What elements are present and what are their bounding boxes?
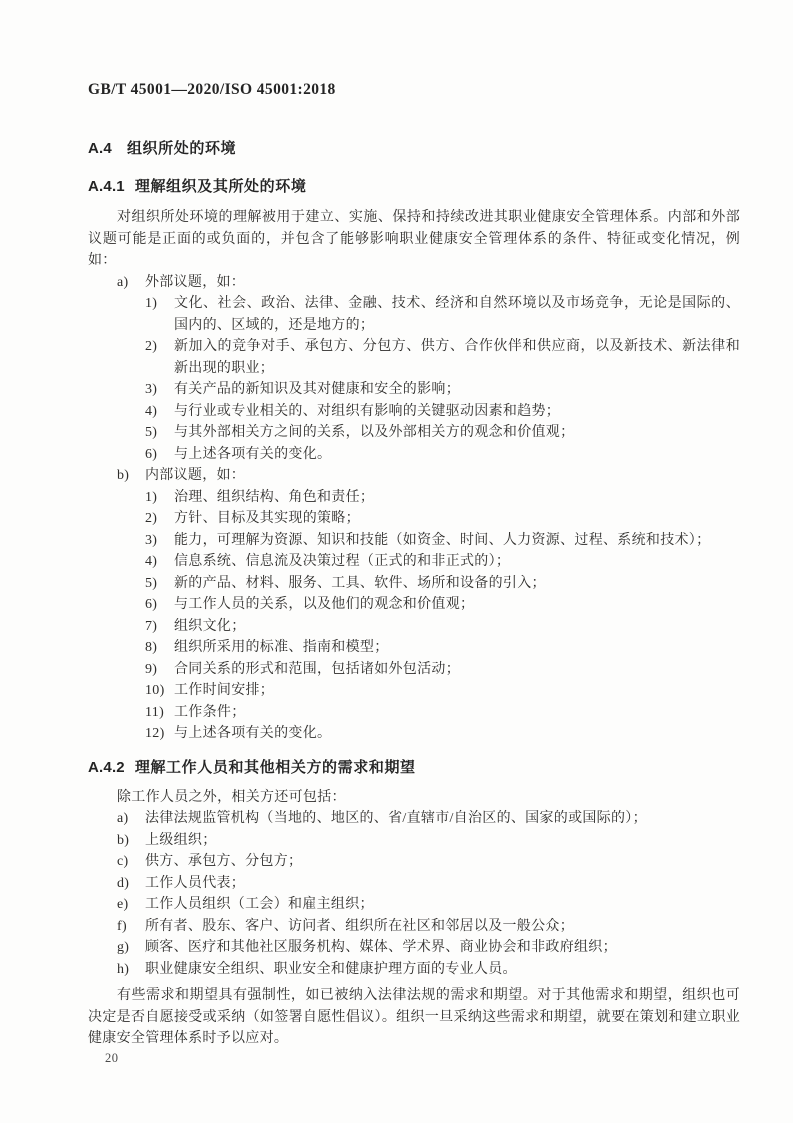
standard-reference-header: GB/T 45001—2020/ISO 45001:2018: [88, 0, 740, 98]
section-a4-title: 组织所处的环境: [127, 140, 236, 157]
list-marker: 4): [145, 551, 174, 573]
section-a41-title: 理解组织及其所处的环境: [135, 178, 307, 195]
list-item: c) 供方、承包方、分包方；: [117, 851, 740, 873]
list-item: b) 上级组织；: [117, 830, 740, 852]
list-item: 7) 组织文化；: [145, 616, 740, 638]
list-marker: g): [117, 937, 145, 959]
list-item: g) 顾客、医疗和其他社区服务机构、媒体、学术界、商业协会和非政府组织；: [117, 937, 740, 959]
list-marker: 1): [145, 293, 174, 336]
list-item: 2) 新加入的竞争对手、承包方、分包方、供方、合作伙伴和供应商，以及新技术、新法…: [145, 336, 740, 379]
list-item-text: 工作人员代表；: [145, 873, 740, 895]
section-a42-number: A.4.2: [88, 759, 125, 776]
list-marker: 2): [145, 336, 174, 379]
a42-closing-paragraph: 有些需求和期望具有强制性，如已被纳入法律法规的需求和期望。对于其他需求和期望，组…: [88, 985, 740, 1050]
list-marker: b): [117, 465, 145, 487]
list-item: 12) 与上述各项有关的变化。: [145, 723, 740, 745]
page-content: GB/T 45001—2020/ISO 45001:2018 A.4组织所处的环…: [88, 0, 740, 1066]
list-item-text: 与上述各项有关的变化。: [174, 444, 740, 466]
list-item-text: 上级组织；: [145, 830, 740, 852]
list-marker: 5): [145, 573, 174, 595]
list-item-text: 与上述各项有关的变化。: [174, 723, 740, 745]
list-item-text: 所有者、股东、客户、访问者、组织所在社区和邻居以及一般公众；: [145, 916, 740, 938]
list-item-text: 外部议题，如：: [145, 272, 740, 294]
list-marker: 4): [145, 401, 174, 423]
page-number: 20: [105, 1051, 740, 1066]
list-item-text: 与其外部相关方之间的关系，以及外部相关方的观念和价值观；: [174, 422, 740, 444]
list-item: 4) 与行业或专业相关的、对组织有影响的关键驱动因素和趋势；: [145, 401, 740, 423]
list-marker: c): [117, 851, 145, 873]
section-a4-heading: A.4组织所处的环境: [88, 140, 740, 157]
list-item: f) 所有者、股东、客户、访问者、组织所在社区和邻居以及一般公众；: [117, 916, 740, 938]
list-item-internal-issues: b) 内部议题，如：: [117, 465, 740, 487]
list-marker: h): [117, 959, 145, 981]
list-marker: f): [117, 916, 145, 938]
list-item-text: 有关产品的新知识及其对健康和安全的影响；: [174, 379, 740, 401]
list-item: 11) 工作条件；: [145, 702, 740, 724]
list-item: 8) 组织所采用的标准、指南和模型；: [145, 637, 740, 659]
list-marker: a): [117, 808, 145, 830]
list-item: 3) 能力，可理解为资源、知识和技能（如资金、时间、人力资源、过程、系统和技术）…: [145, 530, 740, 552]
list-item-text: 工作条件；: [174, 702, 740, 724]
list-item-text: 内部议题，如：: [145, 465, 740, 487]
list-item: h) 职业健康安全组织、职业安全和健康护理方面的专业人员。: [117, 959, 740, 981]
list-item-text: 供方、承包方、分包方；: [145, 851, 740, 873]
list-marker: b): [117, 830, 145, 852]
list-marker: a): [117, 272, 145, 294]
list-item: 1) 治理、组织结构、角色和责任；: [145, 487, 740, 509]
list-marker: 1): [145, 487, 174, 509]
list-item-text: 合同关系的形式和范围，包括诸如外包活动；: [174, 659, 740, 681]
list-marker: 5): [145, 422, 174, 444]
list-item: e) 工作人员组织（工会）和雇主组织；: [117, 894, 740, 916]
list-marker: 2): [145, 508, 174, 530]
list-item-text: 工作人员组织（工会）和雇主组织；: [145, 894, 740, 916]
list-marker: 9): [145, 659, 174, 681]
list-marker: 7): [145, 616, 174, 638]
list-marker: d): [117, 873, 145, 895]
list-item: 4) 信息系统、信息流及决策过程（正式的和非正式的）；: [145, 551, 740, 573]
list-item-text: 新加入的竞争对手、承包方、分包方、供方、合作伙伴和供应商，以及新技术、新法律和新…: [174, 336, 740, 379]
list-item: 6) 与工作人员的关系，以及他们的观念和价值观；: [145, 594, 740, 616]
list-item: 10) 工作时间安排；: [145, 680, 740, 702]
list-item-text: 与工作人员的关系，以及他们的观念和价值观；: [174, 594, 740, 616]
list-item-text: 治理、组织结构、角色和责任；: [174, 487, 740, 509]
section-a4-number: A.4: [88, 140, 112, 157]
list-marker: 10): [145, 680, 174, 702]
list-item-text: 与行业或专业相关的、对组织有影响的关键驱动因素和趋势；: [174, 401, 740, 423]
list-item-text: 工作时间安排；: [174, 680, 740, 702]
list-marker: 8): [145, 637, 174, 659]
list-item-text: 组织所采用的标准、指南和模型；: [174, 637, 740, 659]
list-item-text: 组织文化；: [174, 616, 740, 638]
list-item-text: 能力，可理解为资源、知识和技能（如资金、时间、人力资源、过程、系统和技术）；: [174, 530, 740, 552]
list-marker: 6): [145, 594, 174, 616]
list-item: d) 工作人员代表；: [117, 873, 740, 895]
list-item-text: 新的产品、材料、服务、工具、软件、场所和设备的引入；: [174, 573, 740, 595]
list-marker: 3): [145, 530, 174, 552]
section-a41-heading: A.4.1理解组织及其所处的环境: [88, 178, 740, 195]
list-item: 5) 与其外部相关方之间的关系，以及外部相关方的观念和价值观；: [145, 422, 740, 444]
list-item: a) 法律法规监管机构（当地的、地区的、省/直辖市/自治区的、国家的或国际的）；: [117, 808, 740, 830]
list-item-text: 方针、目标及其实现的策略；: [174, 508, 740, 530]
list-marker: 12): [145, 723, 174, 745]
list-item: 3) 有关产品的新知识及其对健康和安全的影响；: [145, 379, 740, 401]
section-a41-number: A.4.1: [88, 178, 125, 195]
list-item: 1) 文化、社会、政治、法律、金融、技术、经济和自然环境以及市场竞争，无论是国际…: [145, 293, 740, 336]
list-item: 5) 新的产品、材料、服务、工具、软件、场所和设备的引入；: [145, 573, 740, 595]
list-item-text: 法律法规监管机构（当地的、地区的、省/直辖市/自治区的、国家的或国际的）；: [145, 808, 740, 830]
list-item-text: 顾客、医疗和其他社区服务机构、媒体、学术界、商业协会和非政府组织；: [145, 937, 740, 959]
list-marker: 6): [145, 444, 174, 466]
list-item: 2) 方针、目标及其实现的策略；: [145, 508, 740, 530]
list-item-external-issues: a) 外部议题，如：: [117, 272, 740, 294]
list-marker: 3): [145, 379, 174, 401]
section-a42-heading: A.4.2理解工作人员和其他相关方的需求和期望: [88, 759, 740, 776]
list-marker: e): [117, 894, 145, 916]
list-item-text: 文化、社会、政治、法律、金融、技术、经济和自然环境以及市场竞争，无论是国际的、国…: [174, 293, 740, 336]
list-marker: 11): [145, 702, 174, 724]
a42-intro-paragraph: 除工作人员之外，相关方还可包括：: [88, 787, 740, 809]
list-item-text: 职业健康安全组织、职业安全和健康护理方面的专业人员。: [145, 959, 740, 981]
list-item: 9) 合同关系的形式和范围，包括诸如外包活动；: [145, 659, 740, 681]
section-a42-title: 理解工作人员和其他相关方的需求和期望: [135, 759, 416, 776]
document-page: GB/T 45001—2020/ISO 45001:2018 A.4组织所处的环…: [0, 0, 793, 1123]
list-item-text: 信息系统、信息流及决策过程（正式的和非正式的）；: [174, 551, 740, 573]
a41-intro-paragraph: 对组织所处环境的理解被用于建立、实施、保持和持续改进其职业健康安全管理体系。内部…: [88, 207, 740, 272]
list-item: 6) 与上述各项有关的变化。: [145, 444, 740, 466]
